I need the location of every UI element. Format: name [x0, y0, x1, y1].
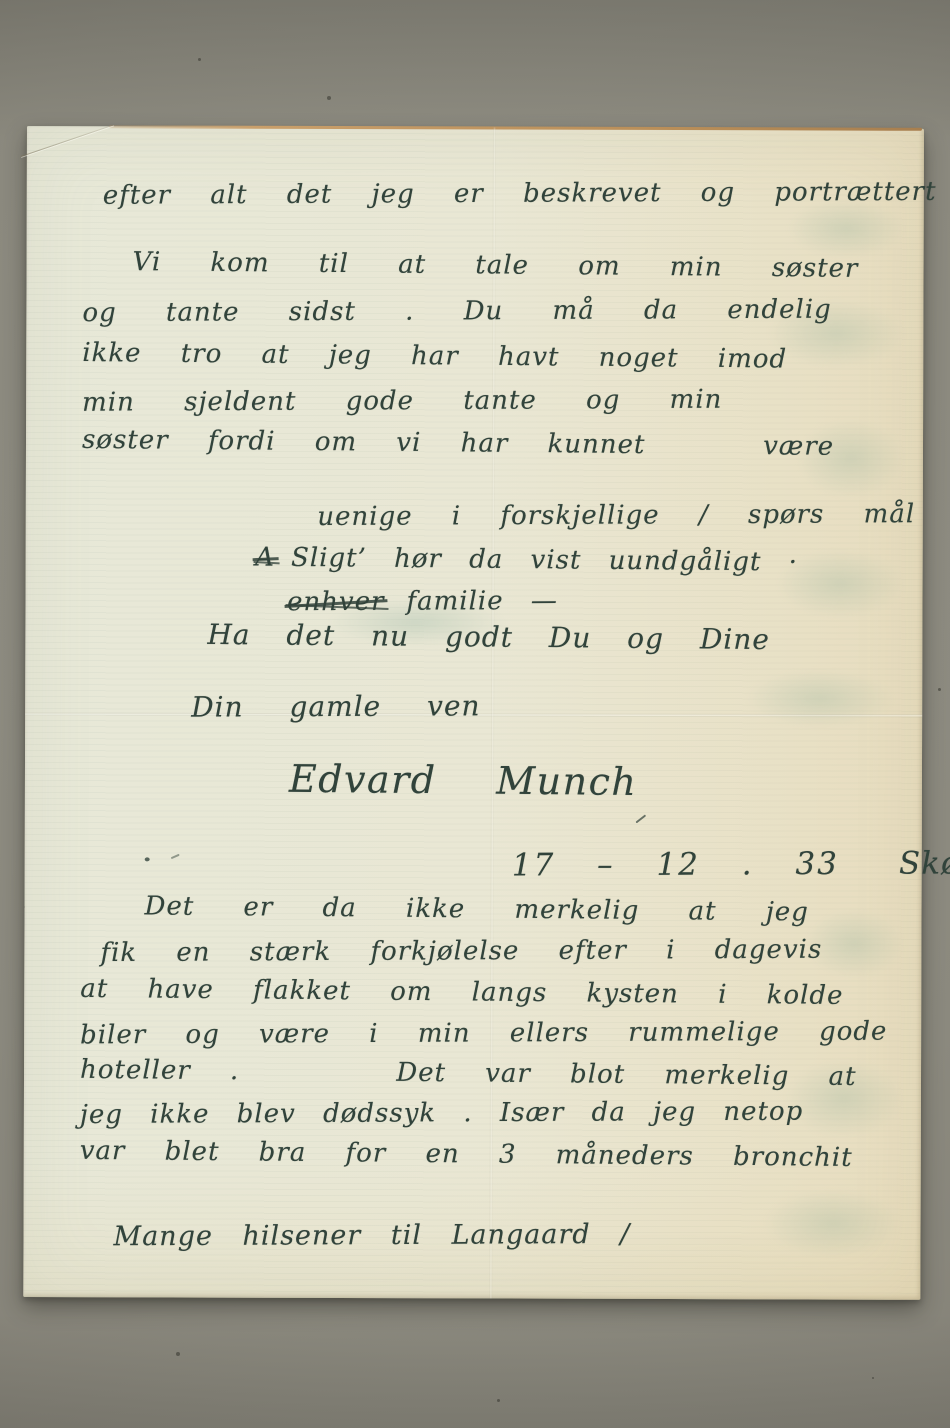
corner-crease	[21, 124, 114, 157]
background-speck	[176, 1352, 180, 1356]
letter-line: min sjeldent gode tante og min	[82, 386, 722, 419]
ps-closing-line: Mange hilsener til Langaard /	[113, 1219, 630, 1252]
postscript-line: biler og være i min ellers rummelige god…	[80, 1018, 887, 1052]
photo-background: efter alt det jeg er beskrevet og portræ…	[0, 0, 950, 1428]
letter-line: og tante sidst . Du må da endelig	[82, 296, 832, 329]
letter-paper: efter alt det jeg er beskrevet og portræ…	[23, 126, 924, 1300]
postscript-line: at have flakket om langs kysten i kolde	[80, 975, 843, 1012]
letter-line: søster fordi om vi har kunnet være	[82, 426, 834, 463]
place: Skøien	[899, 845, 950, 882]
paper-top-edge-tint	[109, 125, 922, 131]
ink-blot	[145, 857, 150, 861]
farewell-line: Ha det nu godt Du og Dine	[207, 619, 770, 656]
closing-line: Din gamle ven	[191, 690, 481, 724]
date: 17 – 12 . 33	[512, 846, 839, 884]
postscript-line: fik en stærk forkjølelse efter i dagevis	[100, 936, 822, 969]
letter-line: efter alt det jeg er beskrevet og portræ…	[103, 178, 950, 212]
signature: Edvard Munch	[289, 758, 638, 805]
postscript-line: var blet bra for en 3 måneders bronchit	[80, 1137, 853, 1174]
letter-line-text: familie —	[406, 586, 558, 617]
postscript-line: jeg ikke blev dødssyk . Især da jeg neto…	[80, 1098, 804, 1131]
letter-line: Vi kom til at tale om min søster	[132, 248, 858, 285]
background-speck	[872, 1377, 874, 1379]
background-speck	[938, 688, 941, 691]
background-speck	[198, 58, 201, 61]
background-speck	[327, 96, 331, 100]
postscript-line: hoteller . Det var blot merkelig at	[80, 1056, 857, 1093]
background-speck	[497, 1399, 500, 1402]
letter-line: ikke tro at jeg har havt noget imod	[82, 339, 787, 375]
postscript-line: Det er da ikke merkelig at jeg	[144, 892, 809, 928]
strikethrough-word: enhver	[287, 588, 385, 618]
